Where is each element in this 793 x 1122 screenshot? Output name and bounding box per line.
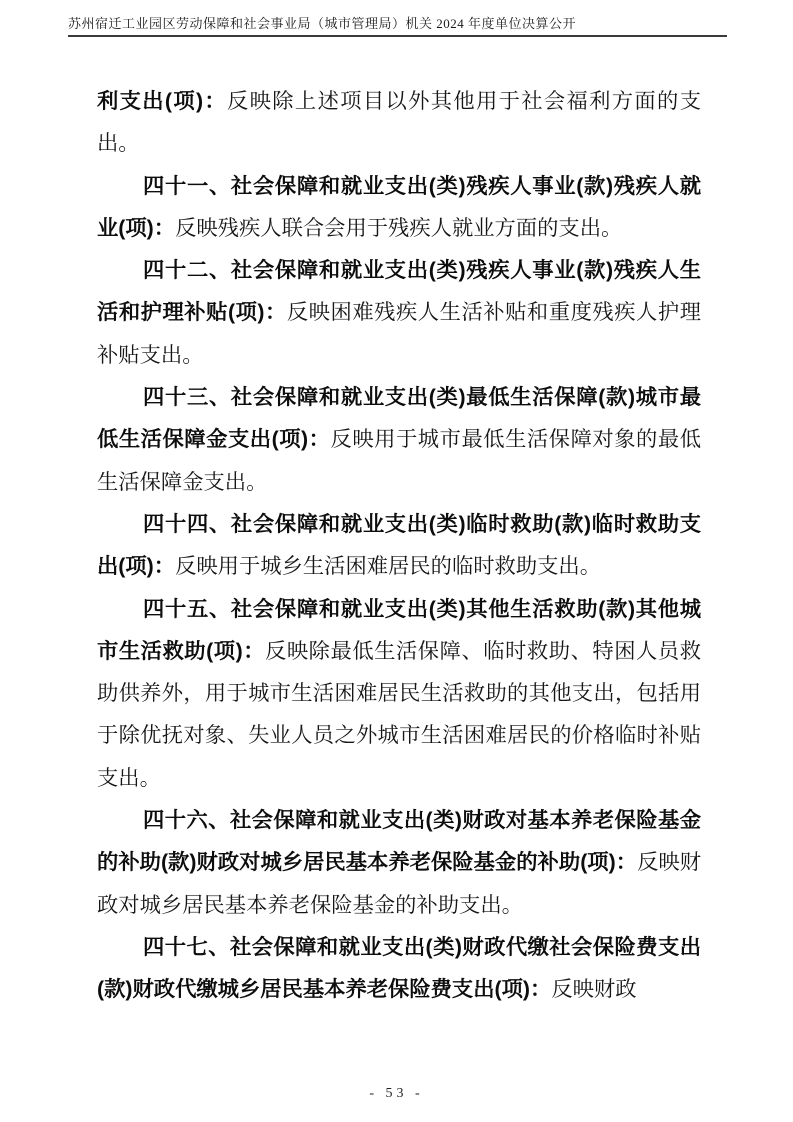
paragraph-text: 反映用于城乡生活困难居民的临时救助支出。 [175,554,601,578]
page-header: 苏州宿迁工业园区劳动保障和社会事业局（城市管理局）机关 2024 年度单位决算公… [68,16,727,37]
paragraph: 四十三、社会保障和就业支出(类)最低生活保障(款)城市最低生活保障金支出(项)：… [97,376,701,503]
paragraph: 四十二、社会保障和就业支出(类)残疾人事业(款)残疾人生活和护理补贴(项)：反映… [97,249,701,376]
paragraph-lead: 利支出(项)： [97,89,227,113]
page-footer: - 53 - [0,1086,793,1102]
paragraph-lead: 四十六、社会保障和就业支出(类)财政对基本养老保险基金的补助(款)财政对城乡居民… [97,808,701,874]
paragraph: 利支出(项)：反映除上述项目以外其他用于社会福利方面的支出。 [97,80,701,165]
document-page: 苏州宿迁工业园区劳动保障和社会事业局（城市管理局）机关 2024 年度单位决算公… [0,0,793,1122]
paragraph: 四十六、社会保障和就业支出(类)财政对基本养老保险基金的补助(款)财政对城乡居民… [97,799,701,926]
paragraph: 四十四、社会保障和就业支出(类)临时救助(款)临时救助支出(项)：反映用于城乡生… [97,503,701,588]
paragraph: 四十七、社会保障和就业支出(类)财政代缴社会保险费支出(款)财政代缴城乡居民基本… [97,926,701,1011]
paragraph: 四十五、社会保障和就业支出(类)其他生活救助(款)其他城市生活救助(项)：反映除… [97,588,701,799]
page-number: - 53 - [369,1086,423,1101]
paragraph-text: 反映残疾人联合会用于残疾人就业方面的支出。 [175,216,622,240]
paragraph-text: 反映财政 [551,977,636,1001]
document-title: 苏州宿迁工业园区劳动保障和社会事业局（城市管理局）机关 2024 年度单位决算公… [68,16,576,31]
paragraph: 四十一、社会保障和就业支出(类)残疾人事业(款)残疾人就业(项)：反映残疾人联合… [97,165,701,250]
document-body: 利支出(项)：反映除上述项目以外其他用于社会福利方面的支出。 四十一、社会保障和… [97,80,701,1011]
